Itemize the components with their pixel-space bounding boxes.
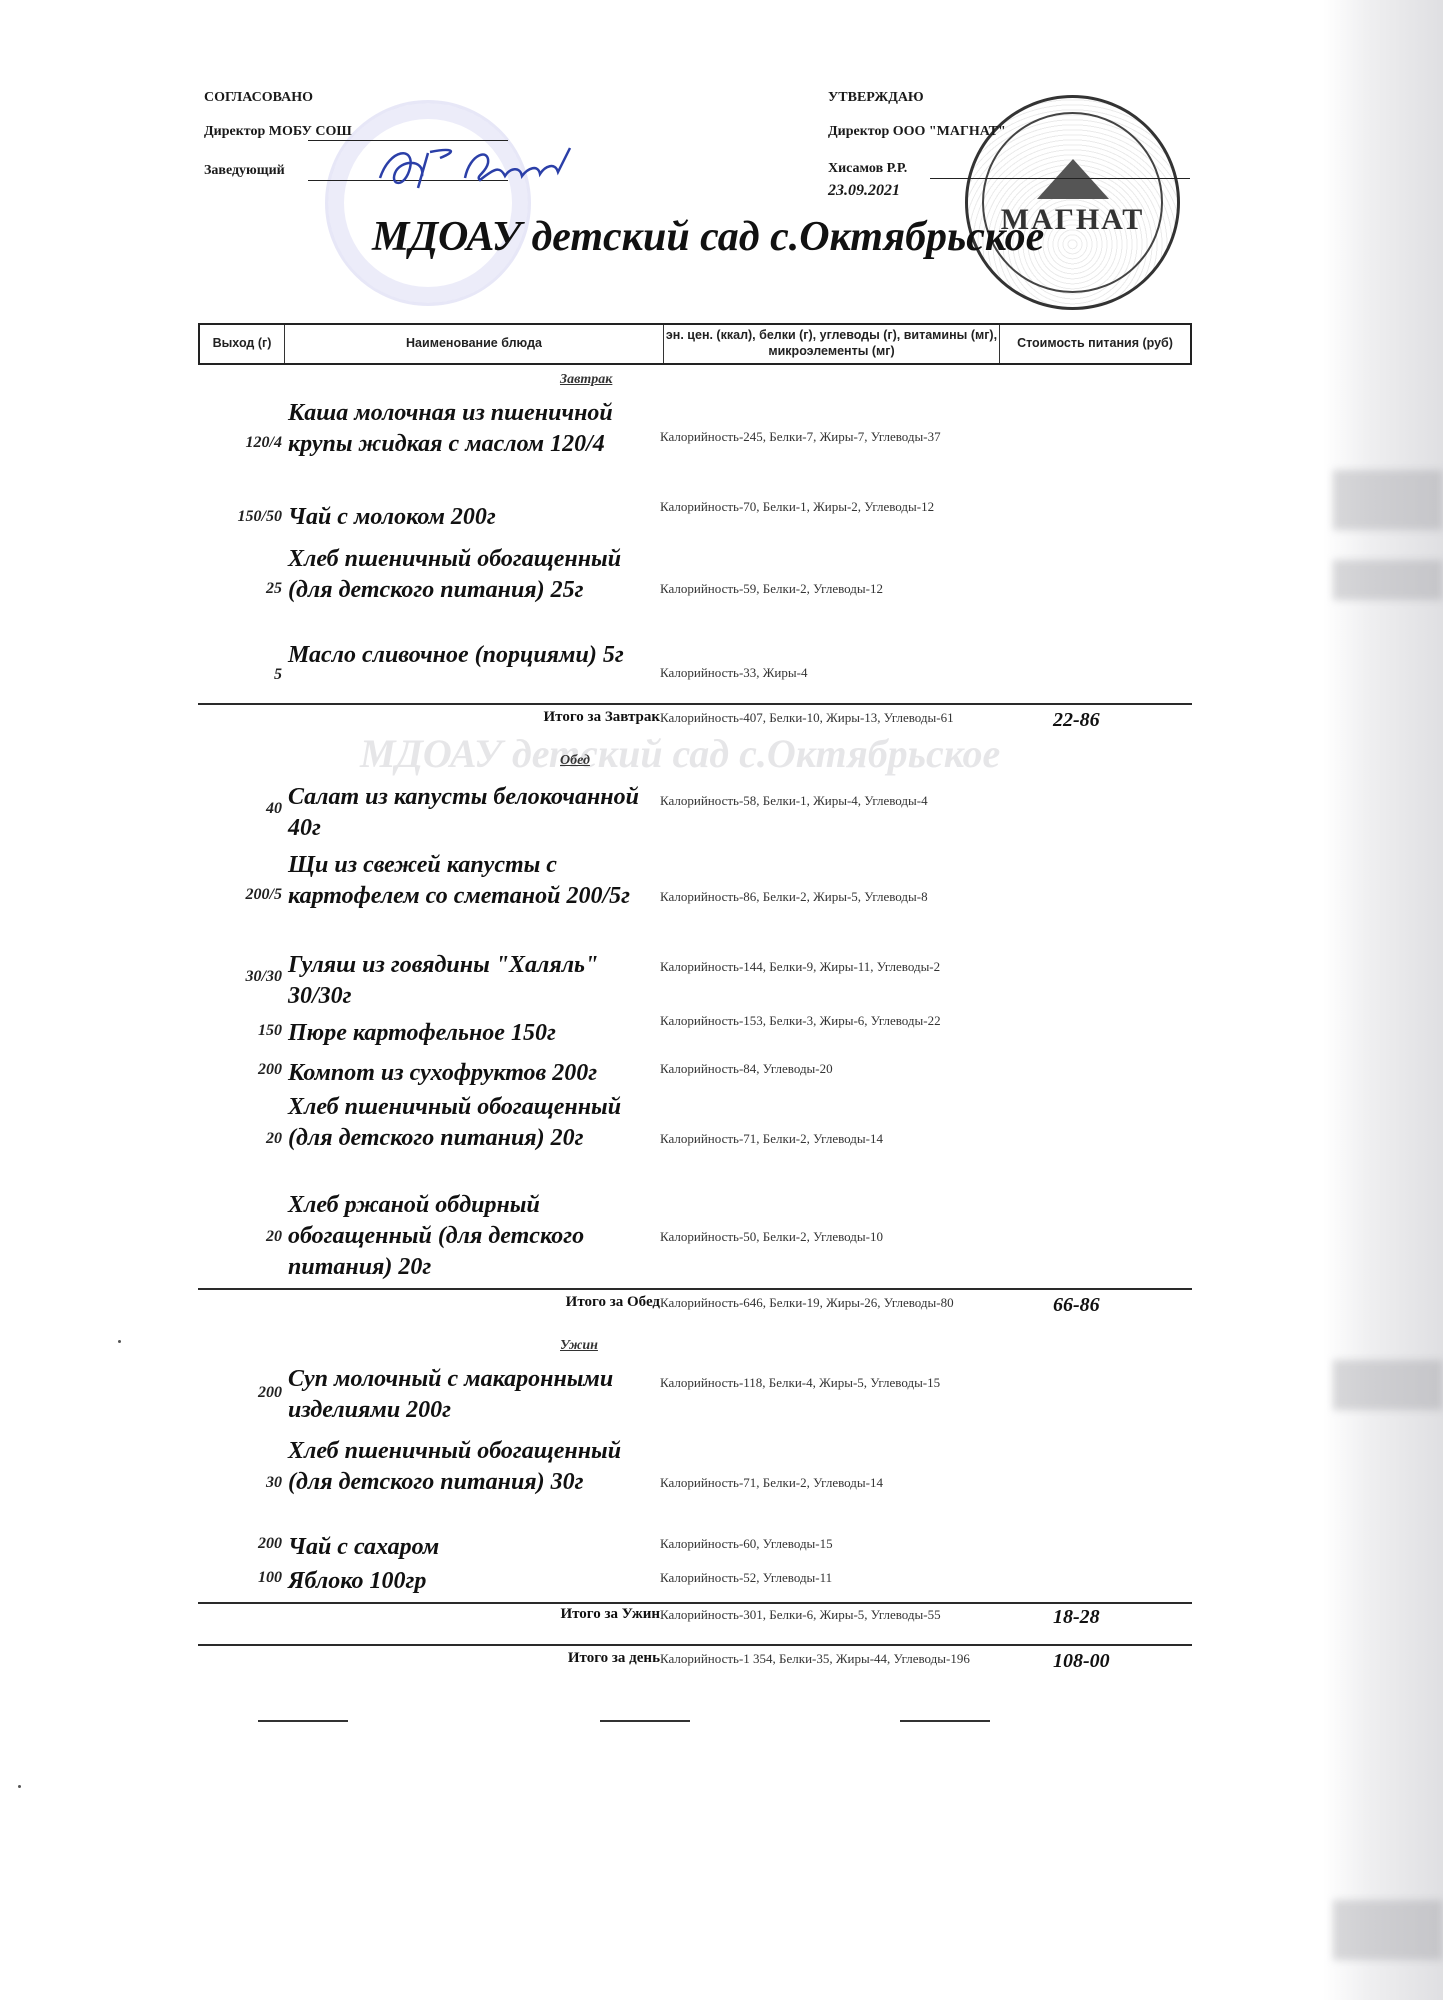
dish-name: Щи из свежей капусты с картофелем со сме… — [288, 850, 658, 912]
output-cell: 30/30 — [198, 968, 282, 986]
output-cell: 20 — [198, 1228, 282, 1246]
dish-name: Яблоко 100гр — [288, 1566, 658, 1597]
approval-label-right: УТВЕРЖДАЮ — [828, 90, 924, 106]
total-cost: 18-28 — [1053, 1606, 1100, 1629]
signature-icon — [370, 138, 590, 198]
nutrition-cell: Калорийность-71, Белки-2, Углеводы-14 — [660, 1130, 980, 1148]
dish-name: Суп молочный с макаронными изделиями 200… — [288, 1364, 658, 1426]
nutrition-cell: Калорийность-245, Белки-7, Жиры-7, Углев… — [660, 428, 980, 446]
day-total-label: Итого за день — [568, 1650, 660, 1667]
scan-smudge — [1333, 1900, 1443, 1960]
dish-name: Каша молочная из пшеничной крупы жидкая … — [288, 398, 658, 460]
output-cell: 150 — [198, 1022, 282, 1040]
day-total-nutrition: Калорийность-1 354, Белки-35, Жиры-44, У… — [660, 1650, 980, 1668]
table-header: Выход (г) Наименование блюда эн. цен. (к… — [198, 323, 1192, 365]
nutrition-cell: Калорийность-70, Белки-1, Жиры-2, Углево… — [660, 498, 980, 516]
output-cell: 120/4 — [198, 434, 282, 452]
dish-name: Хлеб пшеничный обогащенный (для детского… — [288, 1092, 658, 1154]
column-header-dish: Наименование блюда — [285, 325, 664, 363]
nutrition-cell: Калорийность-71, Белки-2, Углеводы-14 — [660, 1474, 980, 1492]
output-cell: 200 — [198, 1061, 282, 1079]
section-divider — [198, 703, 1192, 705]
scan-speck — [118, 1340, 121, 1343]
page-title: МДОАУ детский сад с.Октябрьское — [372, 213, 1044, 261]
column-header-cost: Стоимость питания (руб) — [1000, 325, 1190, 363]
dish-name: Чай с молоком 200г — [288, 502, 658, 533]
output-cell: 200 — [198, 1535, 282, 1553]
output-cell: 20 — [198, 1130, 282, 1148]
section-title-lunch: Обед — [560, 753, 590, 769]
total-label: Итого за Завтрак — [544, 709, 660, 726]
scan-smudge — [1333, 470, 1443, 530]
dish-name: Компот из сухофруктов 200г — [288, 1058, 658, 1089]
output-cell: 100 — [198, 1569, 282, 1587]
bleed-through-title: МДОАУ детский сад с.Октябрьское — [360, 730, 1000, 777]
total-label: Итого за Ужин — [560, 1606, 660, 1623]
scan-smudge — [1333, 560, 1443, 600]
dish-name: Хлеб пшеничный обогащенный (для детского… — [288, 544, 658, 606]
nutrition-cell: Калорийность-60, Углеводы-15 — [660, 1535, 980, 1553]
section-title-breakfast: Завтрак — [560, 372, 612, 388]
blank-signature-line — [258, 1720, 348, 1722]
nutrition-cell: Калорийность-58, Белки-1, Жиры-4, Углево… — [660, 792, 980, 810]
nutrition-cell: Калорийность-86, Белки-2, Жиры-5, Углево… — [660, 888, 980, 906]
left-position: Директор МОБУ СОШ — [204, 124, 352, 140]
nutrition-cell: Калорийность-59, Белки-2, Углеводы-12 — [660, 580, 980, 598]
nutrition-cell: Калорийность-118, Белки-4, Жиры-5, Углев… — [660, 1374, 980, 1392]
scan-edge-shadow — [1323, 0, 1443, 2000]
output-cell: 25 — [198, 580, 282, 598]
dish-name: Салат из капусты белокочанной 40г — [288, 782, 658, 844]
nutrition-cell: Калорийность-50, Белки-2, Углеводы-10 — [660, 1228, 980, 1246]
dish-name: Пюре картофельное 150г — [288, 1018, 658, 1049]
section-divider — [198, 1288, 1192, 1290]
dish-name: Хлеб пшеничный обогащенный (для детского… — [288, 1436, 658, 1498]
nutrition-cell: Калорийность-153, Белки-3, Жиры-6, Углев… — [660, 1012, 980, 1030]
column-header-output: Выход (г) — [200, 325, 285, 363]
day-total-cost: 108-00 — [1053, 1650, 1110, 1673]
output-cell: 200 — [198, 1384, 282, 1402]
dish-name: Хлеб ржаной обдирный обогащенный (для де… — [288, 1190, 658, 1283]
output-cell: 200/5 — [198, 886, 282, 904]
section-title-dinner: Ужин — [560, 1338, 598, 1354]
total-nutrition: Калорийность-646, Белки-19, Жиры-26, Угл… — [660, 1294, 980, 1312]
total-label: Итого за Обед — [566, 1294, 660, 1311]
output-cell: 150/50 — [198, 508, 282, 526]
section-divider — [198, 1602, 1192, 1604]
signature-line — [930, 178, 1190, 179]
output-cell: 30 — [198, 1474, 282, 1492]
nutrition-cell: Калорийность-52, Углеводы-11 — [660, 1569, 980, 1587]
left-role: Заведующий — [204, 163, 285, 179]
nutrition-cell: Калорийность-144, Белки-9, Жиры-11, Угле… — [660, 958, 980, 976]
blank-signature-line — [600, 1720, 690, 1722]
dish-name: Гуляш из говядины "Халяль" 30/30г — [288, 950, 658, 1012]
column-header-nutrition: эн. цен. (ккал), белки (г), углеводы (г)… — [664, 325, 1000, 363]
total-cost: 66-86 — [1053, 1294, 1100, 1317]
approval-label-left: СОГЛАСОВАНО — [204, 90, 313, 106]
dish-name: Чай с сахаром — [288, 1532, 658, 1563]
right-position: Директор ООО "МАГНАТ" — [828, 124, 1006, 140]
nutrition-cell: Калорийность-33, Жиры-4 — [660, 664, 980, 682]
nutrition-cell: Калорийность-84, Углеводы-20 — [660, 1060, 980, 1078]
school-stamp-icon — [325, 100, 531, 306]
dish-name: Масло сливочное (порциями) 5г — [288, 640, 658, 671]
approval-date: 23.09.2021 — [828, 182, 900, 200]
output-cell: 5 — [198, 666, 282, 684]
scan-smudge — [1333, 1360, 1443, 1410]
section-divider — [198, 1644, 1192, 1646]
total-nutrition: Калорийность-407, Белки-10, Жиры-13, Угл… — [660, 709, 980, 727]
right-name: Хисамов Р.Р. — [828, 161, 907, 177]
blank-signature-line — [900, 1720, 990, 1722]
total-nutrition: Калорийность-301, Белки-6, Жиры-5, Углев… — [660, 1606, 980, 1624]
output-cell: 40 — [198, 800, 282, 818]
total-cost: 22-86 — [1053, 709, 1100, 732]
scan-speck — [18, 1785, 21, 1788]
